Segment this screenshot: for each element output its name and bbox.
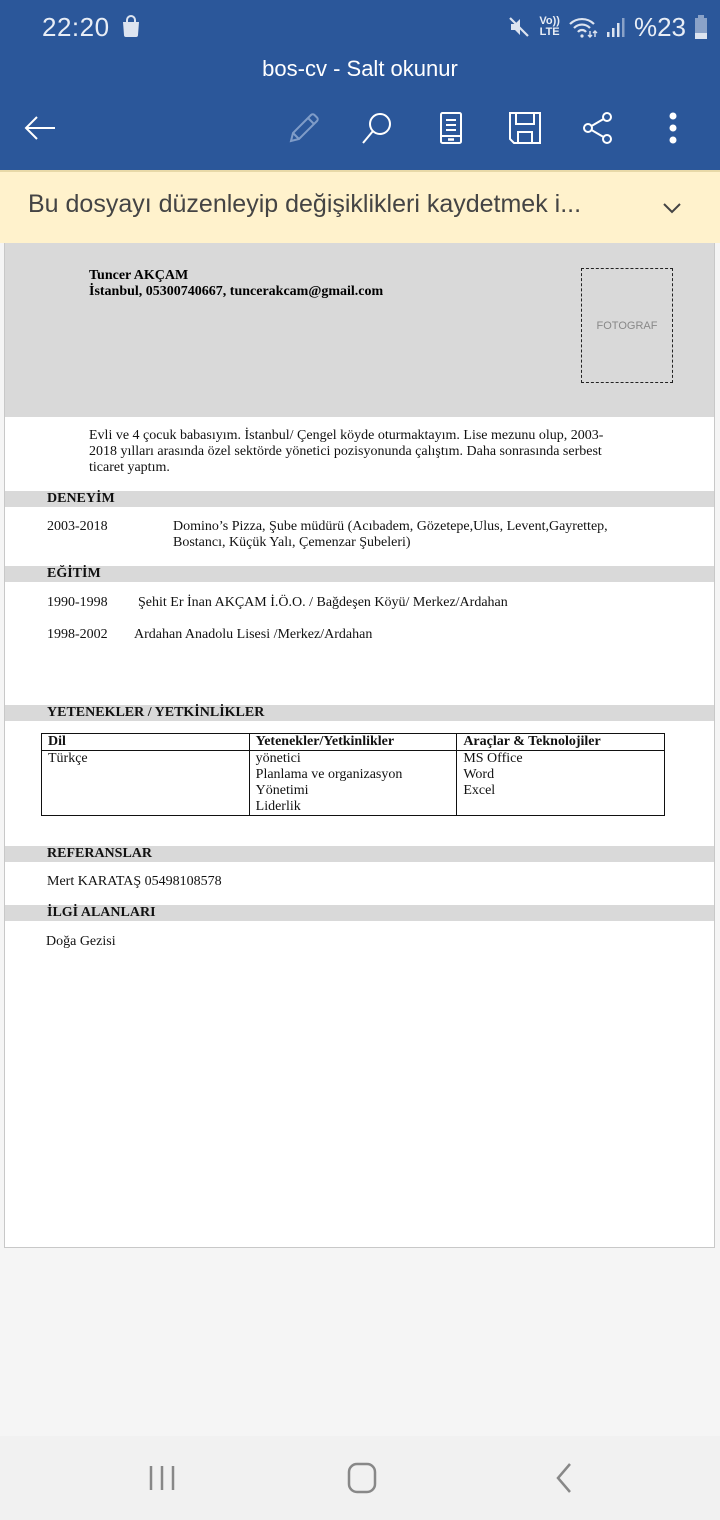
recent-apps-button[interactable]	[138, 1456, 186, 1500]
list-item: Türkçe	[48, 751, 243, 767]
app-bar: 22:20 Vo)) LTE %23	[0, 0, 720, 170]
cv-name: Tuncer AKÇAM	[89, 268, 188, 284]
system-back-button[interactable]	[540, 1456, 588, 1500]
education-years: 1998-2002	[47, 627, 108, 643]
save-button[interactable]	[505, 108, 545, 148]
languages-cell: Türkçe	[42, 751, 250, 816]
section-title: EĞİTİM	[47, 566, 101, 582]
list-item: MS Office	[463, 751, 658, 767]
more-options-button[interactable]	[653, 108, 693, 148]
more-options-icon	[667, 111, 679, 145]
mute-icon	[507, 15, 531, 39]
chevron-down-icon[interactable]	[660, 196, 684, 220]
experience-line-2: Bostancı, Küçük Yalı, Çemenzar Şubeleri)	[173, 535, 411, 551]
wifi-icon	[568, 15, 598, 39]
reading-view-button[interactable]	[431, 108, 471, 148]
save-icon	[508, 111, 542, 145]
home-icon	[347, 1462, 377, 1494]
signal-icon	[606, 15, 626, 39]
list-item: Yönetimi	[256, 783, 451, 799]
home-button[interactable]	[338, 1456, 386, 1500]
list-item: Excel	[463, 783, 658, 799]
share-icon	[581, 111, 615, 145]
section-education: EĞİTİM	[5, 566, 714, 582]
cv-contact: İstanbul, 05300740667, tuncerakcam@gmail…	[89, 284, 383, 300]
cv-header: Tuncer AKÇAM İstanbul, 05300740667, tunc…	[5, 243, 714, 417]
section-title: YETENEKLER / YETKİNLİKLER	[47, 705, 264, 721]
reference-text: Mert KARATAŞ 05498108578	[47, 874, 222, 890]
system-nav-bar	[0, 1436, 720, 1520]
share-button[interactable]	[578, 108, 618, 148]
experience-line-1: Domino’s Pizza, Şube müdürü (Acıbadem, G…	[173, 519, 608, 535]
document-page: Tuncer AKÇAM İstanbul, 05300740667, tunc…	[4, 243, 715, 1248]
volte-icon: Vo)) LTE	[539, 16, 560, 38]
column-header: Yetenekler/Yetkinlikler	[249, 734, 457, 751]
table-row: Türkçe yönetici Planlama ve organizasyon…	[42, 751, 665, 816]
section-skills: YETENEKLER / YETKİNLİKLER	[5, 705, 714, 721]
section-title: İLGİ ALANLARI	[47, 905, 156, 921]
battery-icon	[694, 14, 708, 40]
shopping-bag-icon	[121, 15, 141, 37]
back-arrow-icon	[23, 114, 57, 142]
status-icons: Vo)) LTE %23	[507, 10, 708, 44]
search-button[interactable]	[357, 108, 397, 148]
education-school: Ardahan Anadolu Lisesi /Merkez/Ardahan	[134, 627, 372, 643]
search-icon	[359, 110, 395, 146]
list-item: Planlama ve organizasyon	[256, 767, 451, 783]
edit-pencil-icon	[287, 111, 321, 145]
document-canvas[interactable]: Tuncer AKÇAM İstanbul, 05300740667, tunc…	[0, 243, 720, 1436]
section-title: REFERANSLAR	[47, 846, 152, 862]
battery-percent: %23	[634, 12, 686, 43]
experience-years: 2003-2018	[47, 519, 108, 535]
photo-placeholder: FOTOGRAF	[581, 268, 673, 383]
column-header: Araçlar & Teknolojiler	[457, 734, 665, 751]
section-experience: DENEYİM	[5, 491, 714, 507]
back-icon	[554, 1462, 574, 1494]
edit-button[interactable]	[284, 108, 324, 148]
section-interests: İLGİ ALANLARI	[5, 905, 714, 921]
interests-text: Doğa Gezisi	[46, 934, 116, 950]
recent-apps-icon	[147, 1463, 177, 1493]
list-item: Word	[463, 767, 658, 783]
status-time: 22:20	[42, 12, 110, 43]
list-item: Liderlik	[256, 799, 451, 815]
back-button[interactable]	[20, 108, 60, 148]
skills-table: Dil Yetenekler/Yetkinlikler Araçlar & Te…	[41, 733, 665, 816]
section-title: DENEYİM	[47, 491, 115, 507]
photo-label: FOTOGRAF	[597, 320, 658, 332]
banner-text: Bu dosyayı düzenleyip değişiklikleri kay…	[28, 190, 581, 219]
section-references: REFERANSLAR	[5, 846, 714, 862]
education-school: Şehit Er İnan AKÇAM İ.Ö.O. / Bağdeşen Kö…	[138, 595, 508, 611]
read-only-banner[interactable]: Bu dosyayı düzenleyip değişiklikleri kay…	[0, 170, 720, 243]
list-item: yönetici	[256, 751, 451, 767]
tools-cell: MS Office Word Excel	[457, 751, 665, 816]
column-header: Dil	[42, 734, 250, 751]
education-years: 1990-1998	[47, 595, 108, 611]
cv-summary: Evli ve 4 çocuk babasıyım. İstanbul/ Çen…	[89, 428, 629, 476]
document-title: bos-cv - Salt okunur	[0, 56, 720, 82]
abilities-cell: yönetici Planlama ve organizasyon Yöneti…	[249, 751, 457, 816]
reading-view-icon	[438, 111, 464, 145]
